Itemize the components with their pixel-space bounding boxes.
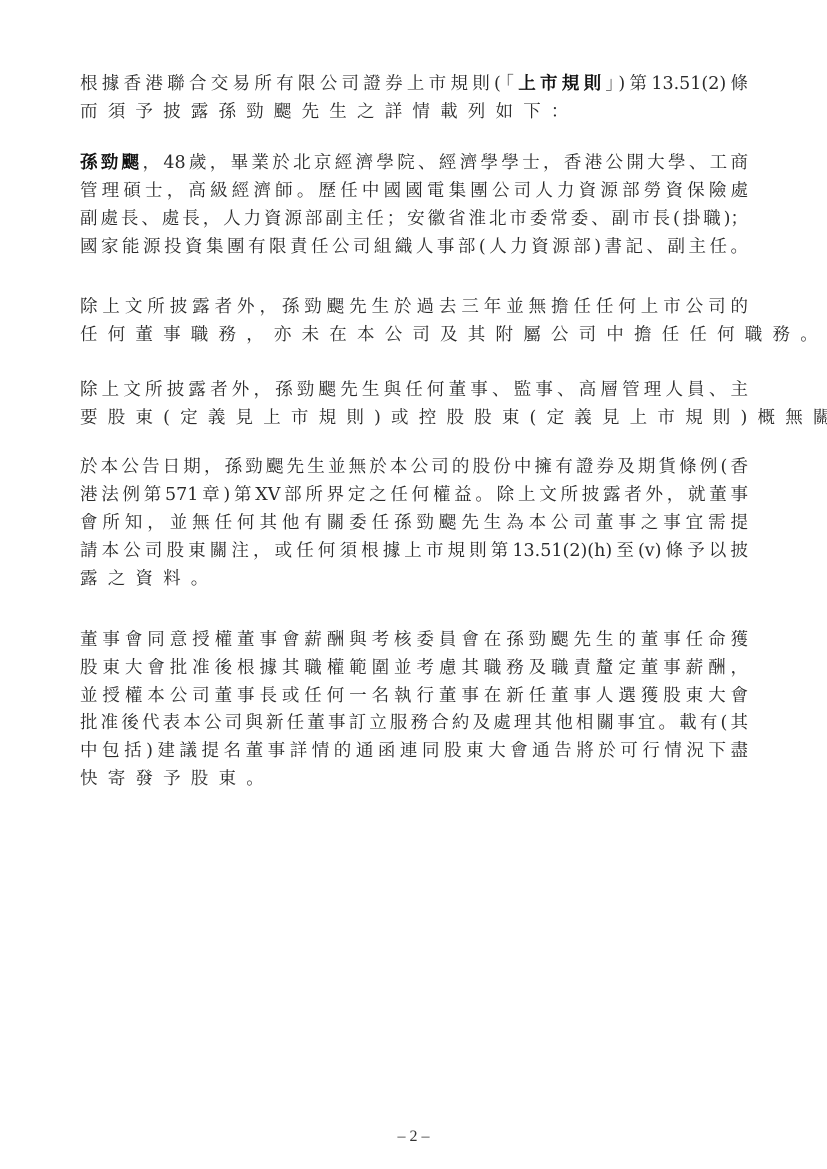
text-line: 國家能源投資集團有限責任公司組織人事部(人力資源部)書記、副主任。 — [80, 233, 748, 261]
text-line: 任何董事職務，亦未在本公司及其附屬公司中擔任任何職務。 — [80, 321, 748, 349]
text-line: 除上文所披露者外，孫勁颸先生於過去三年並無擔任任何上市公司的 — [80, 293, 748, 321]
document-page: 根據香港聯合交易所有限公司證券上市規則(「上市規則」)第13.51(2)條 而須… — [0, 0, 827, 1169]
page-number: – 2 – — [0, 1125, 827, 1149]
text-line: 露之資料。 — [80, 565, 748, 593]
text-line: 批准後代表本公司與新任董事訂立服務合約及處理其他相關事宜。載有(其 — [80, 709, 748, 737]
defined-term-listing-rules: 上市規則 — [518, 74, 605, 94]
text-line: 中包括)建議提名董事詳情的通函連同股東大會通告將於可行情況下盡 — [80, 737, 748, 765]
text-line: 請本公司股東關注，或任何須根據上市規則第13.51(2)(h)至(v)條予以披 — [80, 537, 748, 565]
text-line: 港法例第571章)第XV部所界定之任何權益。除上文所披露者外，就董事 — [80, 481, 748, 509]
text-line: 股東大會批准後根據其職權範圍並考慮其職務及職責釐定董事薪酬， — [80, 654, 748, 682]
text-line: 根據香港聯合交易所有限公司證券上市規則(「上市規則」)第13.51(2)條 — [80, 70, 748, 98]
text-line: 董事會同意授權董事會薪酬與考核委員會在孫勁颸先生的董事任命獲 — [80, 626, 748, 654]
text-line: 管理碩士，高級經濟師。歷任中國國電集團公司人力資源部勞資保險處 — [80, 177, 748, 205]
text-line: 會所知，並無任何其他有關委任孫勁颸先生為本公司董事之事宜需提 — [80, 509, 748, 537]
text-line: 而須予披露孫勁颸先生之詳情載列如下： — [80, 98, 748, 126]
text-line: 並授權本公司董事長或任何一名執行董事在新任董事人選獲股東大會 — [80, 682, 748, 710]
text-segment: ，48歲，畢業於北京經濟學院、經濟學學士，香港公開大學、工商 — [143, 153, 749, 173]
person-name: 孫勁颸 — [80, 153, 143, 173]
text-line: 除上文所披露者外，孫勁颸先生與任何董事、監事、高層管理人員、主 — [80, 376, 748, 404]
text-line: 要股東(定義見上市規則)或控股股東(定義見上市規則)概無關係。 — [80, 404, 748, 432]
text-line: 副處長、處長，人力資源部副主任；安徽省淮北市委常委、副市長(掛職)； — [80, 205, 748, 233]
text-line: 於本公告日期，孫勁颸先生並無於本公司的股份中擁有證券及期貨條例(香 — [80, 453, 748, 481]
text-line: 孫勁颸，48歲，畢業於北京經濟學院、經濟學學士，香港公開大學、工商 — [80, 149, 748, 177]
text-line: 快寄發予股東。 — [80, 765, 748, 793]
text-segment: 根據香港聯合交易所有限公司證券上市規則(「 — [80, 74, 518, 94]
text-segment: 」)第13.51(2)條 — [605, 74, 748, 94]
